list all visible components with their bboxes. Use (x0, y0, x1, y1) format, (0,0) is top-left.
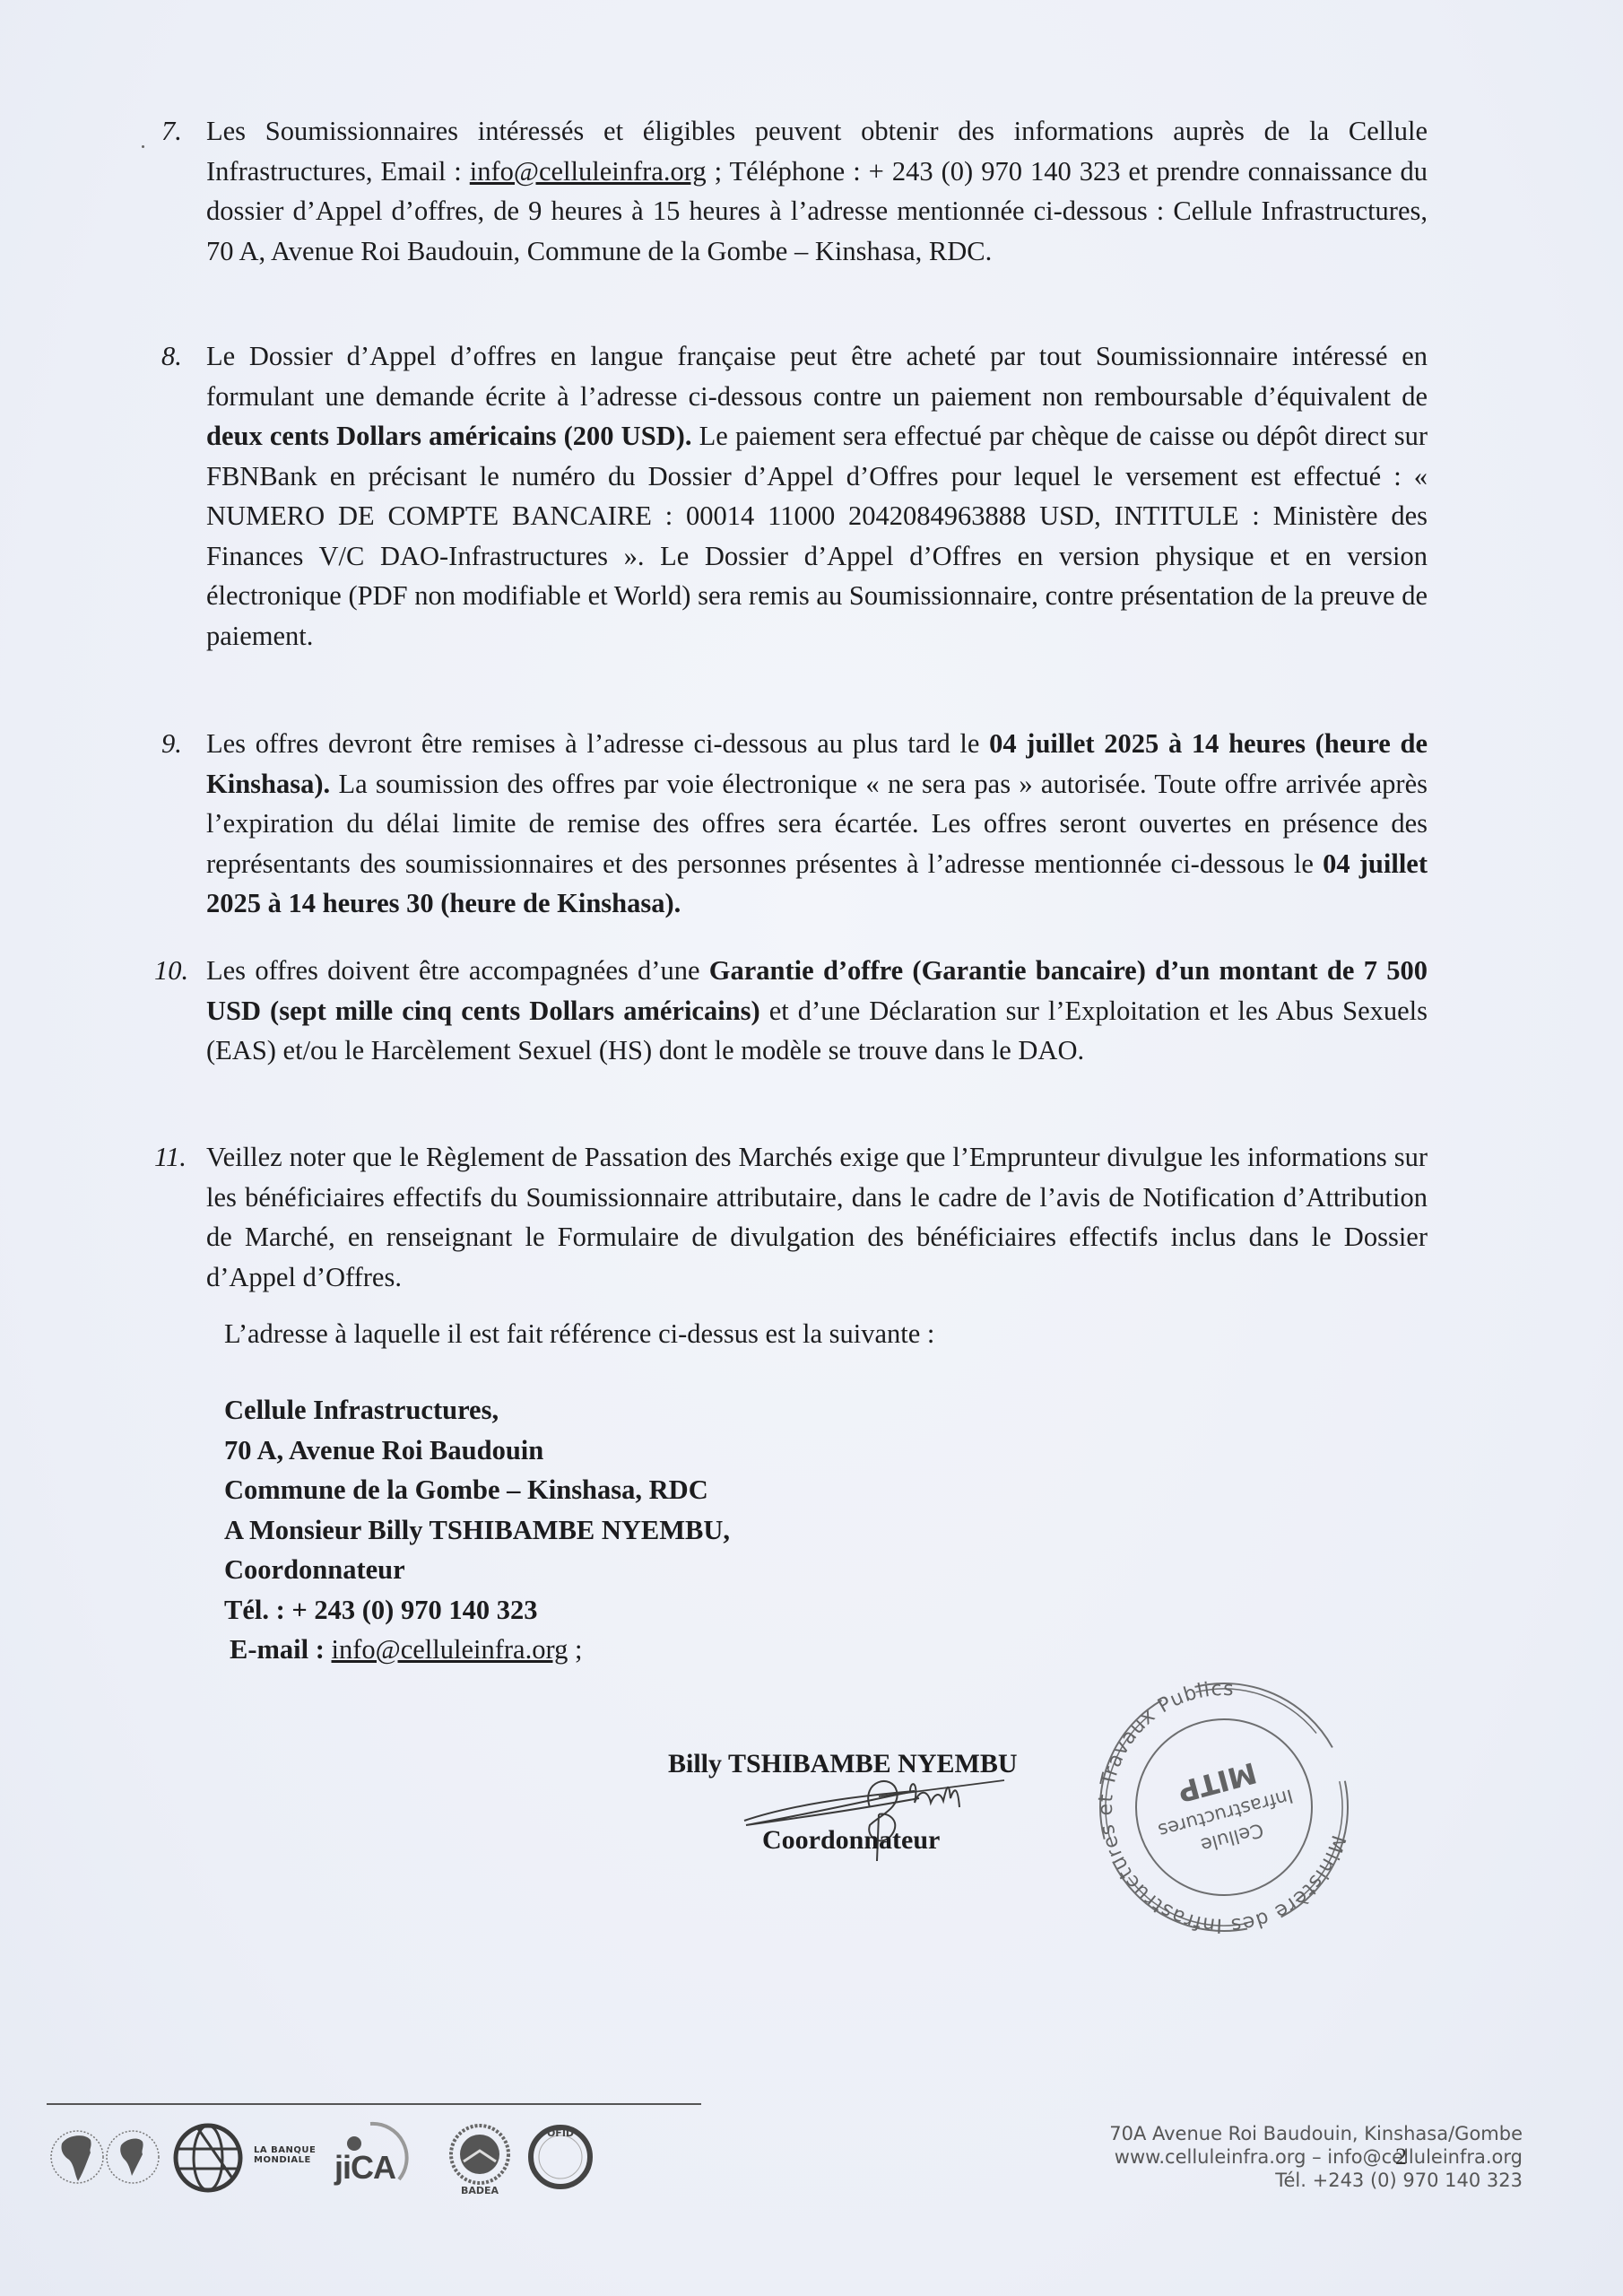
clause-fragment: La soumission des offres par voie électr… (206, 769, 1428, 879)
afdb-logo-icon (49, 2117, 105, 2197)
clause-11: 11. Veillez noter que le Règlement de Pa… (206, 1137, 1428, 1297)
official-stamp: Ministère des Infrastructures et Travaux… (1089, 1673, 1358, 1942)
clause-text: Veillez noter que le Règlement de Passat… (206, 1142, 1428, 1292)
clause-fragment: Les offres devront être remises à l’adre… (206, 728, 989, 759)
footer-contact: 70A Avenue Roi Baudouin, Kinshasa/Gombe … (1109, 2122, 1523, 2192)
partner-logos: LA BANQUE MONDIALE jiCA BADEA OFID (49, 2117, 695, 2197)
clause-number: 10. (154, 951, 188, 991)
clause-8: 8. Le Dossier d’Appel d’offres en langue… (206, 336, 1428, 656)
footer-address: 70A Avenue Roi Baudouin, Kinshasa/Gombe (1109, 2122, 1523, 2145)
clause-number: 11. (154, 1137, 187, 1178)
clause-fragment: Le paiement sera effectué par chèque de … (206, 421, 1428, 651)
address-role: Coordonnateur (224, 1550, 730, 1590)
footer-phone: Tél. +243 (0) 970 140 323 (1109, 2169, 1523, 2192)
clause-number: 9. (161, 724, 182, 764)
email-link[interactable]: info@celluleinfra.org (332, 1634, 568, 1665)
address-recipient: A Monsieur Billy TSHIBAMBE NYEMBU, (224, 1510, 730, 1551)
footer-web-email[interactable]: www.celluleinfra.org – info@celluleinfra… (1109, 2145, 1523, 2169)
clause-9: 9. Les offres devront être remises à l’a… (206, 724, 1428, 924)
world-bank-globe-icon (170, 2117, 251, 2197)
clause-text: Les offres devront être remises à l’adre… (206, 728, 1428, 918)
clause-number: 7. (161, 111, 182, 152)
clause-fragment: Le Dossier d’Appel d’offres en langue fr… (206, 341, 1428, 412)
address-block: Cellule Infrastructures, 70 A, Avenue Ro… (224, 1390, 730, 1670)
clause-10: 10. Les offres doivent être accompagnées… (206, 951, 1428, 1071)
scan-speck (142, 145, 144, 148)
emphasized-text: deux cents Dollars américains (200 USD). (206, 421, 691, 451)
clause-fragment: Veillez noter que le Règlement de Passat… (206, 1142, 1428, 1292)
ofid-label: OFID (547, 2127, 574, 2139)
email-link[interactable]: info@celluleinfra.org (470, 156, 707, 187)
address-phone: Tél. : + 243 (0) 970 140 323 (224, 1590, 730, 1631)
adf-logo-icon (105, 2117, 161, 2197)
signatory-title: Coordonnateur (762, 1825, 940, 1856)
email-label: E-mail : (230, 1634, 332, 1665)
email-suffix: ; (568, 1634, 582, 1665)
ofid-logo-icon: OFID (525, 2117, 596, 2197)
address-street: 70 A, Avenue Roi Baudouin (224, 1431, 730, 1471)
clause-text: Le Dossier d’Appel d’offres en langue fr… (206, 341, 1428, 651)
address-city: Commune de la Gombe – Kinshasa, RDC (224, 1470, 730, 1510)
world-bank-label: LA BANQUE MONDIALE (254, 2145, 316, 2165)
jica-label: jiCA (334, 2149, 395, 2187)
badea-logo-icon: BADEA (444, 2117, 516, 2197)
clause-7: 7. Les Soumissionnaires intéressés et él… (206, 111, 1428, 271)
page-number: 2 (1395, 2144, 1407, 2170)
clause-fragment: Les offres doivent être accompagnées d’u… (206, 955, 709, 986)
document-page: 7. Les Soumissionnaires intéressés et él… (0, 0, 1623, 2296)
address-intro: L’adresse à laquelle il est fait référen… (224, 1314, 934, 1353)
address-email-line: E-mail : info@celluleinfra.org ; (224, 1630, 730, 1670)
clause-number: 8. (161, 336, 182, 377)
badea-label: BADEA (461, 2185, 499, 2196)
clause-text: Les offres doivent être accompagnées d’u… (206, 955, 1428, 1065)
footer-divider (47, 2103, 701, 2105)
clause-text: Les Soumissionnaires intéressés et éligi… (206, 116, 1428, 266)
address-org: Cellule Infrastructures, (224, 1390, 730, 1431)
